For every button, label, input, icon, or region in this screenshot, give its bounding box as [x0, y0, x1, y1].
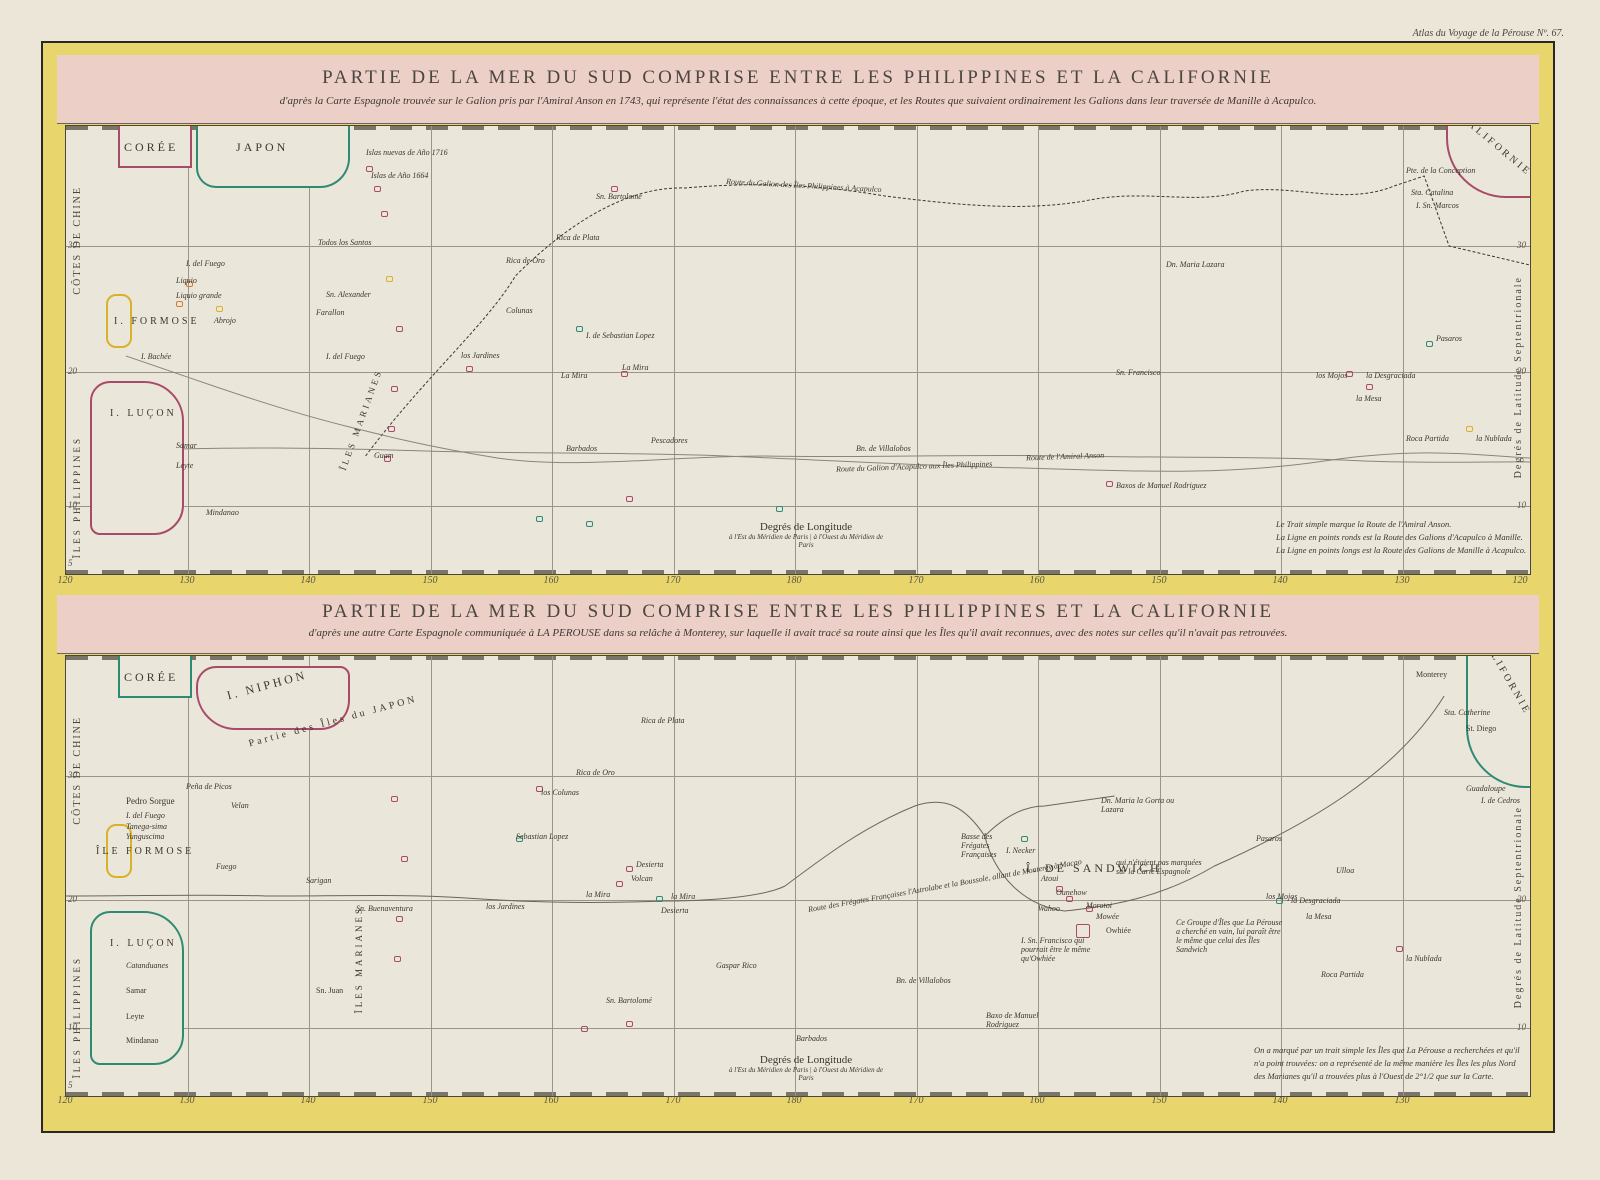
place-label: Islas nuevas de Año 1716	[366, 148, 448, 157]
island-marker	[656, 896, 663, 902]
coordinate-label: 10	[1517, 500, 1526, 510]
place-label: Wahoo	[1038, 904, 1060, 913]
place-label: Sebastian Lopez	[516, 832, 568, 841]
place-label: Peña de Picos	[186, 782, 232, 791]
place-label: Sta. Catalina	[1411, 188, 1453, 197]
island-marker	[1396, 946, 1403, 952]
japon-coast	[196, 126, 350, 188]
place-label: CORÉE	[124, 670, 178, 685]
place-label: Rica de Plata	[641, 716, 685, 725]
place-label: la Nublada	[1476, 434, 1512, 443]
map-legend: On a marqué par un trait simple les Îles…	[1254, 1044, 1520, 1083]
place-label: ÎLE FORMOSE	[96, 846, 194, 857]
island-marker	[626, 496, 633, 502]
bottom-map-area[interactable]: CORÉE I. NIPHON Partie des Îles du JAPON…	[65, 655, 1531, 1097]
place-label: I. Sn. Marcos	[1416, 201, 1459, 210]
island-marker	[391, 796, 398, 802]
place-label: La Mira	[622, 363, 648, 372]
place-label: Todos los Santos	[318, 238, 372, 247]
place-label: Rica de Oro	[576, 768, 615, 777]
island-marker	[388, 426, 395, 432]
island-marker	[1426, 341, 1433, 347]
place-label: Samar	[176, 441, 197, 450]
island-marker	[776, 506, 783, 512]
place-label: Monterey	[1416, 670, 1447, 679]
place-label: Sn. Francisco	[1116, 368, 1160, 377]
bottom-map-subtitle: d'après une autre Carte Espagnole commun…	[57, 627, 1539, 639]
place-label: Mindanao	[206, 508, 239, 517]
top-map-title: PARTIE DE LA MER DU SUD COMPRISE ENTRE L…	[57, 67, 1539, 89]
place-label: I. Sn. Francisco qui pourrait être le mê…	[1021, 936, 1091, 963]
place-label: Sn. Juan	[316, 986, 343, 995]
coordinate-label: 10	[1517, 1022, 1526, 1032]
place-label: los Mojos	[1316, 371, 1347, 380]
coordinate-label: 140	[301, 575, 316, 586]
place-label: Sarigan	[306, 876, 331, 885]
place-label: Guam	[374, 451, 394, 460]
place-label: Leyte	[126, 1012, 144, 1021]
atlas-reference: Atlas du Voyage de la Pérouse Nº. 67.	[1413, 28, 1564, 39]
island-marker	[1106, 481, 1113, 487]
place-label: la Mira	[671, 892, 695, 901]
bottom-map-panel: PARTIE DE LA MER DU SUD COMPRISE ENTRE L…	[57, 595, 1539, 1107]
coordinate-label: 5	[68, 558, 73, 568]
place-label: Yunguscima	[126, 832, 164, 841]
route-label: Route de l'Amiral Anson	[1026, 451, 1105, 463]
grid-line	[66, 776, 1530, 777]
coordinate-label: 150	[423, 1095, 438, 1106]
coordinate-label: 20	[1517, 366, 1526, 376]
place-label: Desierta	[661, 906, 689, 915]
route-label: Route du Galion d'Acapulco aux Îles Phil…	[836, 459, 993, 473]
place-label: St. Diego	[1466, 724, 1496, 733]
place-label: Islas de Año 1664	[371, 171, 428, 180]
place-label: I. del Fuego	[126, 811, 165, 820]
region-label: I. LUÇON	[110, 408, 177, 419]
coordinate-label: 170	[909, 1095, 924, 1106]
place-label: Pescadores	[651, 436, 688, 445]
place-label: la Nublada	[1406, 954, 1442, 963]
coordinate-label: 140	[301, 1095, 316, 1106]
place-label: Pasaros	[1436, 334, 1462, 343]
top-title-band: PARTIE DE LA MER DU SUD COMPRISE ENTRE L…	[57, 55, 1539, 124]
place-label: Abrojo	[214, 316, 236, 325]
bottom-scale-bar	[66, 570, 1530, 574]
place-label: Pasaros	[1256, 834, 1282, 843]
right-side-label: Degrés de Latitude Septentrionale	[1513, 276, 1524, 478]
place-label: I. del Fuego	[326, 352, 365, 361]
island-marker	[176, 301, 183, 307]
coordinate-label: 120	[58, 1095, 73, 1106]
island-marker	[581, 1026, 588, 1032]
place-label: Sn. Buenaventura	[356, 904, 413, 913]
place-label: Roca Partida	[1406, 434, 1449, 443]
coordinate-label: 130	[1395, 1095, 1410, 1106]
coordinate-label: 130	[1395, 575, 1410, 586]
route-label: Route du Galion des Îles Philippines à A…	[726, 177, 882, 194]
place-label: I. Bachée	[141, 352, 171, 361]
place-label: Velan	[231, 801, 249, 810]
top-map-area[interactable]: CORÉE JAPON I. FORMOSE I. LUÇON ÎLES PHI…	[65, 125, 1531, 575]
place-label: Fuego	[216, 862, 236, 871]
coordinate-label: 20	[1517, 894, 1526, 904]
island-marker	[626, 1021, 633, 1027]
island-marker	[401, 856, 408, 862]
parallel-10	[66, 506, 1530, 507]
place-label: Barbados	[566, 444, 597, 453]
place-label: Roca Partida	[1321, 970, 1364, 979]
top-map-subtitle: d'après la Carte Espagnole trouvée sur l…	[57, 95, 1539, 107]
coordinate-label: 5	[68, 1080, 73, 1090]
coordinate-label: 170	[909, 575, 924, 586]
place-label: Baxo de Manuel Rodriguez	[986, 1011, 1046, 1029]
island-marker	[536, 516, 543, 522]
place-label: Desierta	[636, 860, 664, 869]
place-label: Mowée	[1096, 912, 1119, 921]
grid-line	[66, 1028, 1530, 1029]
coordinate-label: 140	[1273, 1095, 1288, 1106]
place-label: Bn. de Villalobos	[856, 444, 911, 453]
grid-line	[188, 656, 189, 1096]
region-label: CORÉE	[124, 140, 178, 155]
place-label: los Jardines	[486, 902, 525, 911]
place-label: Liquio grande	[176, 291, 222, 300]
map-legend: Le Trait simple marque la Route de l'Ami…	[1276, 518, 1526, 557]
region-label: ÎLES PHILIPPINES	[72, 436, 82, 558]
coordinate-label: 170	[666, 1095, 681, 1106]
top-map-panel: PARTIE DE LA MER DU SUD COMPRISE ENTRE L…	[57, 55, 1539, 591]
island-marker	[1021, 836, 1028, 842]
region-label: I. FORMOSE	[114, 316, 200, 327]
coordinate-label: 180	[787, 1095, 802, 1106]
place-label: Owhiée	[1106, 926, 1131, 935]
place-label: La Mira	[561, 371, 587, 380]
coordinate-label: 180	[787, 575, 802, 586]
coordinate-label: 160	[544, 1095, 559, 1106]
place-label: Liquio	[176, 276, 197, 285]
coordinate-label: 30	[68, 240, 77, 250]
island-marker	[386, 276, 393, 282]
place-label: Tanega-sima	[126, 822, 167, 831]
island-marker	[381, 211, 388, 217]
longitude-caption: Degrés de Longitude à l'Est du Méridien …	[726, 1054, 886, 1082]
island-marker	[391, 386, 398, 392]
place-label: Sta. Catherine	[1444, 708, 1490, 717]
place-label: Guadaloupe	[1466, 784, 1506, 793]
place-label: Mindanao	[126, 1036, 158, 1045]
place-label: la Desgraciada	[1366, 371, 1416, 380]
place-label: I. de Sebastian Lopez	[586, 331, 654, 340]
longitude-caption: Degrés de Longitude à l'Est du Méridien …	[726, 521, 886, 549]
place-label: Leyte	[176, 461, 193, 470]
bottom-map-title: PARTIE DE LA MER DU SUD COMPRISE ENTRE L…	[57, 601, 1539, 623]
coordinate-label: 120	[58, 575, 73, 586]
place-label: Catanduanes	[126, 961, 168, 970]
parallel-20	[66, 372, 1530, 373]
grid-line	[1403, 656, 1404, 1096]
island-marker	[616, 881, 623, 887]
coordinate-label: 150	[1152, 1095, 1167, 1106]
place-label: Ce Groupe d'Îles que La Pérouse a cherch…	[1176, 918, 1286, 954]
island-marker	[396, 916, 403, 922]
coordinate-label: 120	[1513, 575, 1528, 586]
coordinate-label: 140	[1273, 575, 1288, 586]
coordinate-label: 160	[1030, 1095, 1045, 1106]
coordinate-label: 150	[423, 575, 438, 586]
place-label: los Colunas	[541, 788, 579, 797]
philippines-coast	[90, 381, 184, 535]
island-marker	[1366, 384, 1373, 390]
place-label: I. LUÇON	[110, 938, 177, 949]
place-label: Volcan	[631, 874, 653, 883]
coordinate-label: 160	[1030, 575, 1045, 586]
place-label: Samar	[126, 986, 146, 995]
place-label: Colunas	[506, 306, 533, 315]
coordinate-label: 20	[68, 366, 77, 376]
place-label: Pte. de la Conception	[1406, 166, 1475, 175]
coordinate-label: 10	[68, 500, 77, 510]
region-label: JAPON	[236, 140, 288, 155]
island-marker	[216, 306, 223, 312]
place-label: la Mesa	[1306, 912, 1332, 921]
place-label: Bn. de Villalobos	[896, 976, 951, 985]
coordinate-label: 30	[68, 770, 77, 780]
longitude-scale: 120 130 140 150 160 170 180 170 160 150 …	[65, 1095, 1531, 1109]
place-label: Sn. Alexander	[326, 290, 371, 299]
place-label: Atoui	[1041, 874, 1058, 883]
grid-line	[1160, 656, 1161, 1096]
place-label: la Mira	[586, 890, 610, 899]
island-marker	[394, 956, 401, 962]
place-label: Ulloa	[1336, 866, 1354, 875]
coordinate-label: 130	[180, 1095, 195, 1106]
place-label: Rica de Oro	[506, 256, 545, 265]
place-label: Pedro Sorgue	[126, 796, 175, 806]
place-label: Dn. Maria la Gorta ou Lazara	[1101, 796, 1181, 814]
grid-line	[917, 656, 918, 1096]
place-label: Ounehow	[1056, 888, 1087, 897]
place-label: la Desgraciada	[1291, 896, 1341, 905]
place-label: los Jardines	[461, 351, 500, 360]
island-marker	[466, 366, 473, 372]
island-marker	[576, 326, 583, 332]
grid-line	[552, 656, 553, 1096]
coordinate-label: 150	[1152, 575, 1167, 586]
bottom-title-band: PARTIE DE LA MER DU SUD COMPRISE ENTRE L…	[57, 595, 1539, 654]
coordinate-label: 160	[544, 575, 559, 586]
island-marker	[396, 326, 403, 332]
coordinate-label: 30	[1517, 240, 1526, 250]
grid-line	[1038, 656, 1039, 1096]
coordinate-label: 10	[68, 1022, 77, 1032]
place-label: Barbados	[796, 1034, 827, 1043]
island-marker	[374, 186, 381, 192]
island-marker	[586, 521, 593, 527]
place-label: Dn. Maria Lazara	[1166, 260, 1224, 269]
grid-line	[431, 656, 432, 1096]
place-label: Gaspar Rico	[716, 961, 757, 970]
island-marker	[1466, 426, 1473, 432]
longitude-scale: 120 130 140 150 160 170 180 170 160 150 …	[65, 575, 1531, 589]
place-label: Farallon	[316, 308, 344, 317]
coordinate-label: 20	[68, 894, 77, 904]
map-sheet: PARTIE DE LA MER DU SUD COMPRISE ENTRE L…	[41, 41, 1555, 1133]
place-label: Morotoi	[1086, 901, 1112, 910]
coordinate-label: 170	[666, 575, 681, 586]
grid-line	[795, 656, 796, 1096]
place-label: qui n'étaient pas marquées sur la Carte …	[1116, 858, 1206, 876]
place-label: Rica de Plata	[556, 233, 600, 242]
island-marker	[626, 866, 633, 872]
coordinate-label: 130	[180, 575, 195, 586]
parallel-30	[66, 246, 1530, 247]
place-label: Sn. Bartolomé	[606, 996, 652, 1005]
place-label: la Mesa	[1356, 394, 1382, 403]
grid-line	[1281, 656, 1282, 1096]
place-label: Basse des Frégates Françaises	[961, 832, 1021, 859]
place-label: I. del Fuego	[186, 259, 225, 268]
place-label: I. de Cedros	[1481, 796, 1520, 805]
place-label: Sn. Bartolomé	[596, 192, 642, 201]
place-label: Baxos de Manuel Rodriguez	[1116, 481, 1206, 490]
